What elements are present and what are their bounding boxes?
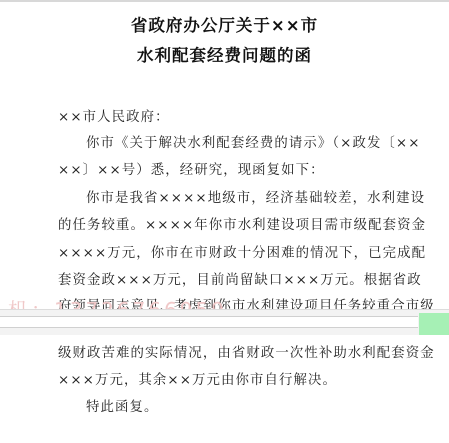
body-line: 套资金政×××万元，目前尚留缺口×××万元。根据省政 bbox=[58, 269, 422, 288]
salutation: ××市人民政府： bbox=[58, 106, 170, 125]
body-line: ×××万元，其余××万元由你市自行解决。 bbox=[58, 369, 337, 388]
page-top-edge bbox=[0, 0, 449, 2]
document-title-line-2: 水利配套经费问题的函 bbox=[0, 42, 449, 66]
body-line: 级财政苦难的实际情况，由省财政一次性补助水利配套资金 bbox=[58, 342, 435, 361]
document-title-line-1: 省政府办公厅关于××市 bbox=[0, 12, 449, 36]
body-line: 你市是我省××××地级市，经济基础较差，水利建设 bbox=[86, 187, 425, 206]
closing-line: 特此函复。 bbox=[86, 396, 158, 415]
page-break-strip bbox=[0, 316, 418, 328]
body-line: 的任务较重。××××年你市水利建设项目需市级配套资金 bbox=[58, 214, 426, 233]
page-break-band bbox=[0, 309, 449, 335]
green-marker bbox=[419, 313, 449, 335]
body-line: ××××万元，你市在市财政十分困难的情况下，已完成配 bbox=[58, 242, 426, 261]
body-line: ××〕××号）悉，经研究，现函复如下： bbox=[58, 159, 325, 178]
body-line: 你市《关于解决水利配套经费的请示》（×政发〔×× bbox=[86, 132, 421, 151]
